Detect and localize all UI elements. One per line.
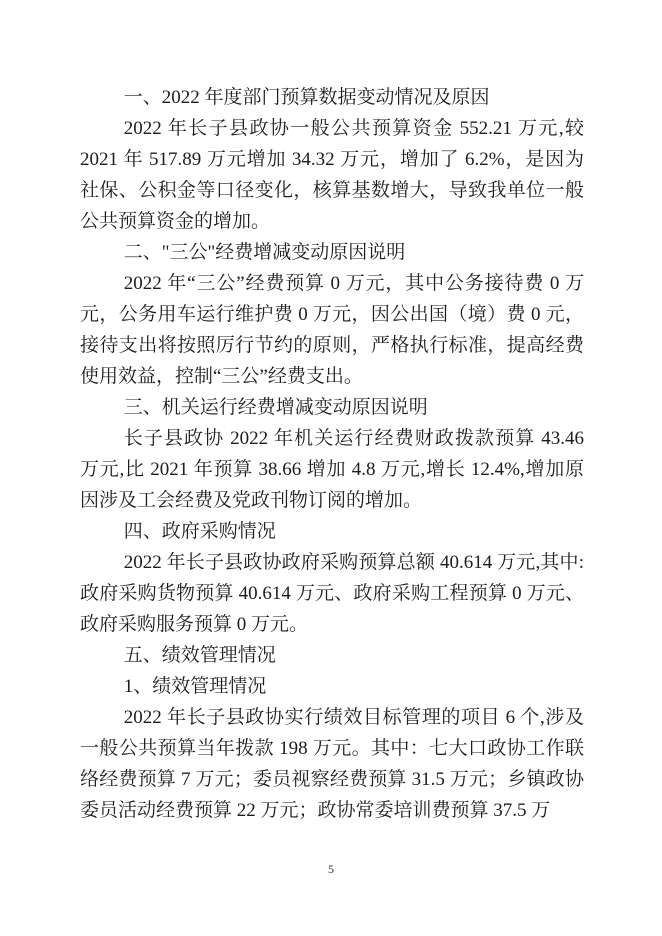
document-body: 一、2022 年度部门预算数据变动情况及原因 2022 年长子县政协一般公共预算… <box>80 82 584 826</box>
section-4-paragraph: 2022 年长子县政协政府采购预算总额 40.614 万元,其中:政府采购货物预… <box>80 547 584 640</box>
section-4-heading: 四、政府采购情况 <box>80 516 584 547</box>
section-5-paragraph: 2022 年长子县政协实行绩效目标管理的项目 6 个,涉及一般公共预算当年拨款 … <box>80 702 584 826</box>
section-2-paragraph: 2022 年“三公”经费预算 0 万元，其中公务接待费 0 万元，公务用车运行维… <box>80 268 584 392</box>
section-5-heading: 五、绩效管理情况 <box>80 640 584 671</box>
section-1-heading: 一、2022 年度部门预算数据变动情况及原因 <box>80 82 584 113</box>
section-2-heading: 二、"三公"经费增减变动原因说明 <box>80 237 584 268</box>
section-3-heading: 三、机关运行经费增减变动原因说明 <box>80 392 584 423</box>
document-page: 一、2022 年度部门预算数据变动情况及原因 2022 年长子县政协一般公共预算… <box>0 0 662 936</box>
section-1-paragraph: 2022 年长子县政协一般公共预算资金 552.21 万元,较 2021 年 5… <box>80 113 584 237</box>
section-5-subheading: 1、绩效管理情况 <box>80 671 584 702</box>
page-number: 5 <box>0 862 662 877</box>
section-3-paragraph: 长子县政协 2022 年机关运行经费财政拨款预算 43.46 万元,比 2021… <box>80 423 584 516</box>
